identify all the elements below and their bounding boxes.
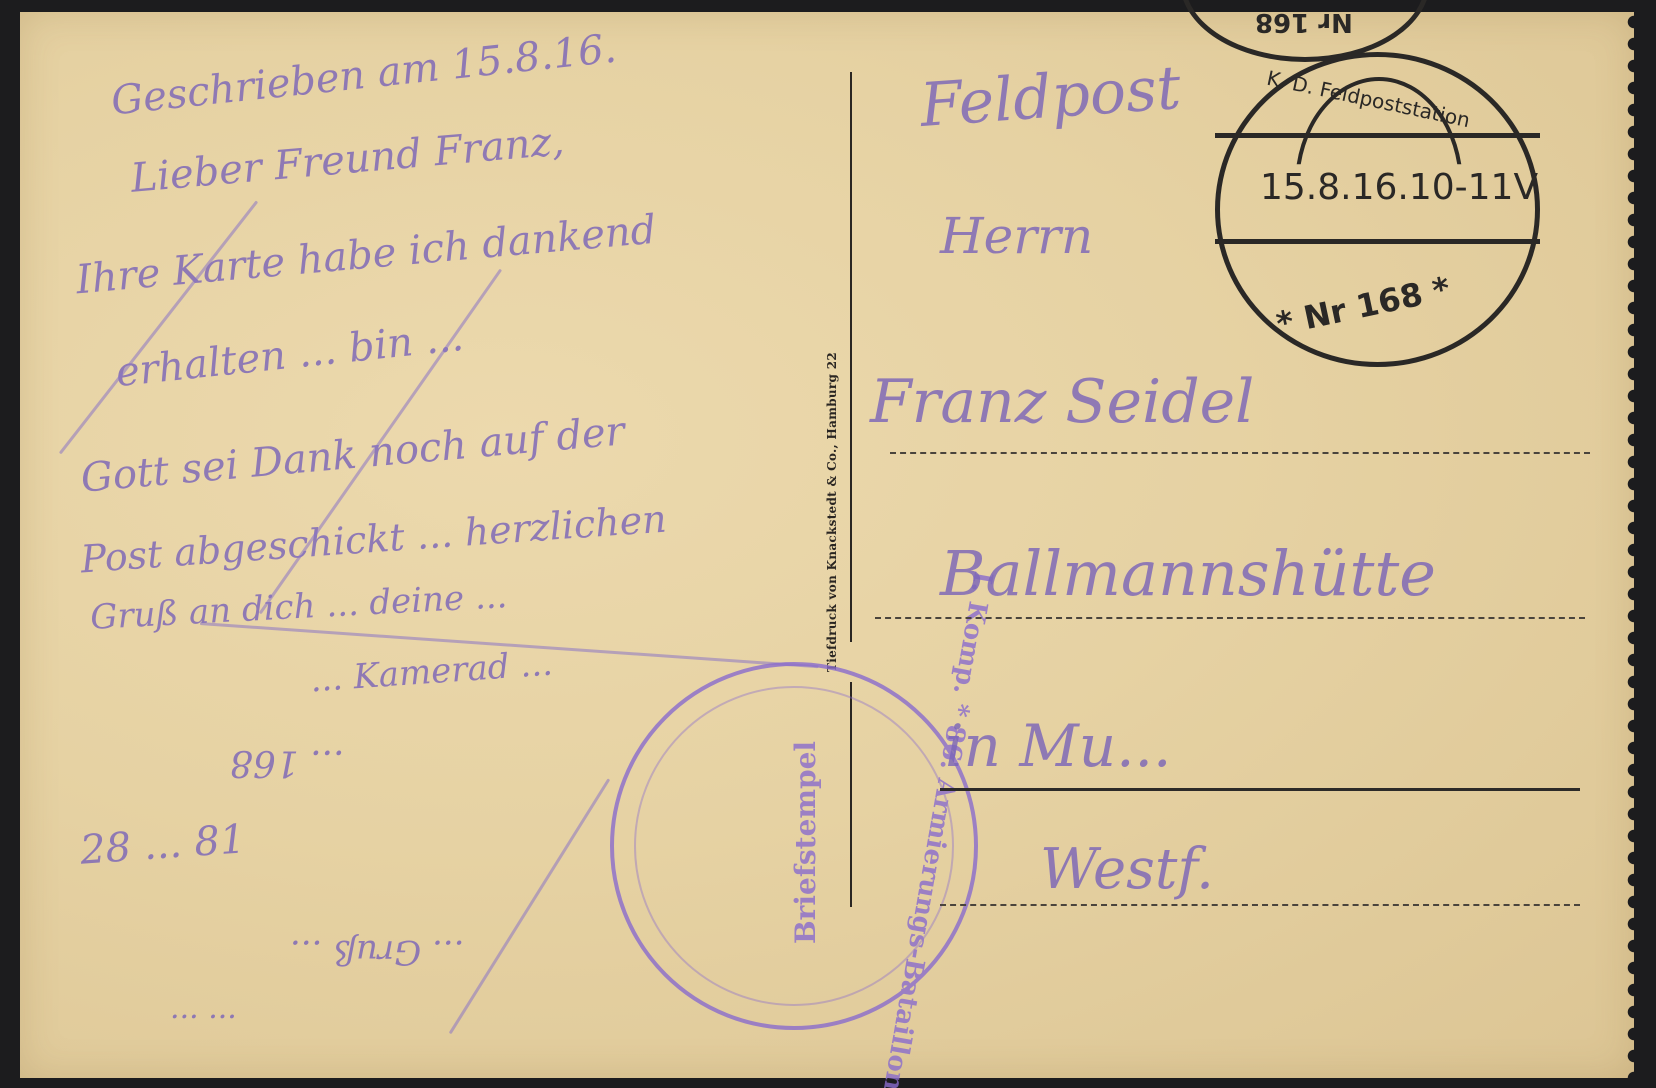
center-divider: [850, 72, 852, 642]
message-line: ... Gruß ...: [290, 932, 464, 972]
message-line: 28 ... 81: [79, 816, 247, 873]
postmark: K. D. Feldpoststation 15.8.16.10-11V * N…: [1215, 52, 1540, 367]
perforated-edge: [1624, 12, 1634, 1078]
address-line-2: [875, 617, 1585, 619]
message-line: Post abgeschickt ... herzlichen: [79, 497, 668, 582]
recipient-place: Ballmannshütte: [940, 537, 1436, 610]
pen-stroke: [449, 778, 611, 1034]
postcard: Geschrieben am 15.8.16. Lieber Freund Fr…: [20, 12, 1634, 1078]
pen-stroke: [59, 200, 258, 454]
message-line: ... ...: [170, 1007, 237, 1042]
address-line-1: [890, 452, 1590, 454]
message-line: Lieber Freund Franz,: [129, 118, 566, 202]
recipient-region: Westf.: [1040, 837, 1214, 902]
recipient-locality: in Mu...: [945, 712, 1171, 780]
salutation: Herrn: [940, 207, 1093, 265]
unit-seal: I. Komp. * 86. Armierungs-Bataillon Brie…: [610, 662, 978, 1030]
message-line: erhalten ... bin ...: [114, 314, 466, 396]
message-line: Ihre Karte habe ich dankend: [74, 207, 658, 304]
postmark-partial-text: Nr 168: [1255, 7, 1353, 37]
postmark-date: 15.8.16.10-11V: [1260, 167, 1538, 208]
printer-imprint: Tiefdruck von Knackstedt & Co., Hamburg …: [825, 352, 839, 672]
service-label: Feldpost: [918, 53, 1183, 141]
seal-inner-text: Briefstempel: [789, 741, 822, 944]
address-line-4: [940, 904, 1580, 906]
message-line: ... 168: [230, 742, 345, 783]
message-line: ... Kamerad ...: [309, 644, 554, 701]
message-line: Gott sei Dank noch auf der: [79, 408, 626, 501]
message-line: Geschrieben am 15.8.16.: [109, 26, 619, 125]
postmark-number: * Nr 168 *: [1273, 269, 1453, 343]
recipient-name: Franz Seidel: [870, 367, 1254, 437]
address-line-3: [940, 788, 1580, 791]
